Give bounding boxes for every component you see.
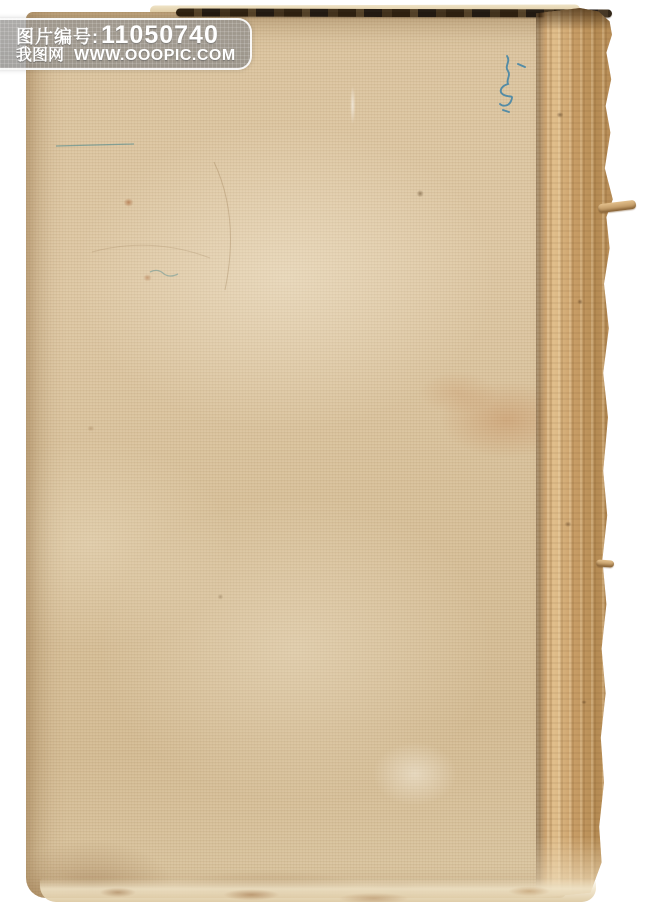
watermark-site-name: 我图网 — [16, 48, 64, 65]
watermark-id-number: 11050740 — [101, 22, 219, 48]
watermark-site-url: WWW.OOOPIC.COM — [74, 48, 236, 65]
watermark-id-label: 图片编号: — [16, 28, 99, 47]
book-spine — [536, 8, 616, 898]
book-cover-board — [26, 12, 566, 898]
photo-canvas: 图片编号: 11050740 我图网 WWW.OOOPIC.COM — [0, 0, 650, 916]
watermark-site-row: 我图网 WWW.OOOPIC.COM — [16, 48, 242, 65]
frayed-thread — [596, 559, 614, 567]
worn-bottom-edge — [40, 878, 596, 902]
watermark-banner: 图片编号: 11050740 我图网 WWW.OOOPIC.COM — [0, 18, 252, 70]
watermark-id-row: 图片编号: 11050740 — [16, 22, 242, 48]
